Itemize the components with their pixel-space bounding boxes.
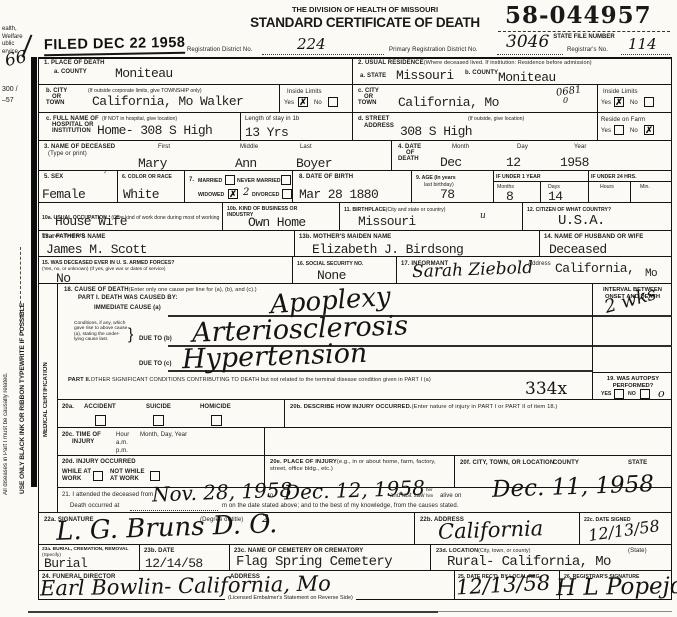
- father-label: 13a. FATHER'S NAME: [42, 234, 105, 241]
- city-value: California, Mo Walker: [92, 95, 243, 108]
- dotted-blank: [621, 54, 670, 55]
- autopsy-no-label: NO: [628, 391, 636, 397]
- institution-label-3: INSTITUTION: [52, 128, 91, 135]
- death-certificate-scan: ealth, Welfare ublic ervice 66 300 / –57…: [0, 0, 677, 617]
- division-title: THE DIVISION OF HEALTH OF MISSOURI: [200, 5, 530, 15]
- burial-label: 23a. BURIAL, CREMATION, REMOVAL: [42, 547, 128, 552]
- age-divider: [588, 171, 589, 203]
- left-black-bar: [31, 57, 37, 487]
- not-while-at-work-checkbox: [150, 471, 160, 481]
- registrar-signature-value: H L Popejoy: [556, 573, 677, 601]
- burial-date-value: 12/14/58: [145, 557, 203, 570]
- reside-on-farm-label: Reside on Farm: [601, 117, 645, 124]
- am-label: a.m.: [116, 440, 128, 447]
- dob-value: Mar 28 1880: [299, 188, 378, 201]
- death-occurred-label: Death occurred at: [70, 503, 119, 510]
- county-label: a. COUNTY: [54, 69, 87, 76]
- last-name-value: Boyer: [296, 157, 332, 170]
- age-subheader-line: [493, 181, 672, 182]
- birthplace-label-wrap: 11. BIRTHPLACE (City and state or countr…: [344, 207, 445, 213]
- street-value: 308 S High: [400, 125, 472, 138]
- primary-district-value: 3046: [506, 32, 549, 52]
- date-received-value: 12/13/58: [455, 571, 550, 600]
- margin-handwritten-code: 66: [3, 47, 28, 71]
- burial-date-label: 23b. DATE: [144, 548, 174, 555]
- residence-title-wrap: 2. USUAL RESIDENCE (Where deceased lived…: [358, 60, 664, 67]
- place-of-death-title: 1. PLACE OF DEATH: [44, 60, 105, 67]
- interval-line-b: [593, 345, 672, 347]
- middle-name-value: Ann: [235, 157, 257, 170]
- under-24-label: IF UNDER 24 HRS.: [591, 174, 637, 180]
- stub-line: ealth,: [2, 26, 34, 34]
- part1-label: PART I. DEATH WAS CAUSED BY:: [78, 295, 177, 302]
- conditions-note: Conditions, if any, which gave rise to a…: [74, 321, 130, 343]
- registrar-no-value: 114: [628, 35, 657, 53]
- while-at-work-checkbox: [93, 471, 103, 481]
- suicide-checkbox: [153, 415, 164, 426]
- cause-title-wrap: 18. CAUSE OF DEATH (Enter only one cause…: [64, 287, 257, 294]
- married-checkbox: [225, 175, 235, 185]
- location-state-paren: (State): [628, 548, 647, 555]
- reg-district-label: Registration District No.: [187, 47, 253, 54]
- filed-stamp: FILED DEC 22 1958: [44, 36, 186, 56]
- burial-value: Burial: [44, 557, 87, 570]
- autopsy-yes-checkbox: [614, 389, 624, 399]
- hour-label: Hour: [116, 432, 129, 439]
- her-label: her: [426, 488, 433, 493]
- cause-c-value: Hypertension: [182, 338, 368, 375]
- father-value: James M. Scott: [46, 243, 147, 256]
- street-label-2: ADDRESS: [364, 123, 394, 130]
- residence-title: 2. USUAL RESIDENCE: [358, 60, 424, 66]
- embalmer-note: (Licensed Embalmer's Statement on Revers…: [225, 595, 356, 601]
- widowed-checkbox: ✗: [228, 189, 238, 199]
- sex-label: 5. SEX: [44, 174, 63, 181]
- under-1-year-label: IF UNDER 1 YEAR: [496, 174, 541, 180]
- informant-address-label: Address: [528, 261, 551, 268]
- min-label: Min.: [640, 184, 650, 190]
- ssn-value: None: [317, 269, 346, 282]
- autopsy-mark: o: [658, 387, 665, 400]
- conditions-brace: }: [128, 326, 133, 344]
- form-header: THE DIVISION OF HEALTH OF MISSOURI STAND…: [200, 5, 530, 31]
- injury-county-label: COUNTY: [553, 460, 579, 467]
- months-value: 8: [506, 190, 513, 203]
- reg-district-value: 224: [297, 35, 326, 53]
- no-label: No: [630, 100, 638, 107]
- attended-to-value: Dec. 12, 1958: [284, 476, 426, 505]
- injury-state-label: STATE: [628, 460, 647, 467]
- autopsy-no-checkbox: [640, 389, 650, 399]
- yes-label: Yes: [601, 100, 611, 107]
- street-paren: (If outside, give location): [468, 116, 524, 122]
- injury-occurred-label: 20d. INJURY OCCURRED: [62, 459, 136, 466]
- first-label: First: [158, 144, 170, 151]
- months-days-divider: [540, 181, 541, 203]
- yes-label: Yes: [284, 100, 294, 107]
- work-label: WORK: [62, 476, 81, 483]
- birthplace-value: Missouri: [358, 215, 416, 228]
- dod-label-3: DEATH: [398, 156, 419, 163]
- institution-value: Home- 308 S High: [97, 124, 212, 137]
- inside-limits-no-checkbox: [328, 97, 338, 107]
- part2-text: OTHER SIGNIFICANT CONDITIONS CONTRIBUTIN…: [91, 377, 431, 383]
- hours-label: Hours: [600, 184, 614, 190]
- place-injury-wrap: 20e. PLACE OF INJURY (e.g., in or about …: [270, 459, 450, 473]
- due-to-b-label: DUE TO (b): [139, 336, 172, 343]
- part2-wrap: PART II. OTHER SIGNIFICANT CONDITIONS CO…: [68, 377, 431, 384]
- day-label: Day: [517, 144, 528, 151]
- not-while-label: NOT WHILE: [110, 469, 145, 476]
- at-work-label: AT WORK: [110, 476, 139, 483]
- state-label: a. STATE: [360, 73, 386, 80]
- signature-sup-mark: 2: [262, 512, 269, 525]
- divorced-label: DIVORCED: [252, 192, 279, 198]
- cell-marital-status: [185, 171, 293, 203]
- city-label-town: TOWN: [46, 100, 65, 107]
- while-at-label: WHILE AT: [62, 469, 91, 476]
- widowed-label: WIDOWED: [198, 192, 224, 198]
- res-inside-yes-checkbox: ✗: [614, 97, 624, 107]
- attended-to-label: to: [268, 493, 273, 500]
- physician-address-value: California: [438, 516, 544, 544]
- color-race-label: 6. COLOR OR RACE: [122, 174, 172, 180]
- black-ink-note-vertical: USE ONLY BLACK INK OR RIBBON TYPEWRITE I…: [19, 238, 26, 494]
- alive-on-label: alive on: [440, 493, 461, 500]
- part2-code: 334x: [525, 379, 567, 399]
- inside-limits-label: Inside Limits: [603, 89, 638, 96]
- state-value: Missouri: [396, 69, 454, 82]
- res-city-code-2: 0: [563, 96, 568, 105]
- first-name-value: Mary: [138, 157, 167, 170]
- registrar-no-label: Registrar's No.: [567, 47, 608, 54]
- state-file-number: 58-044957: [505, 3, 652, 29]
- res-inside-no-checkbox: [644, 97, 654, 107]
- pm-label: p.m.: [116, 448, 128, 455]
- marital-number: 7.: [189, 177, 194, 184]
- year-label: Year: [574, 144, 587, 151]
- never-married-checkbox: [281, 175, 291, 185]
- no-label: No: [314, 100, 322, 107]
- form-number: 300 /: [2, 86, 18, 93]
- cell-time-of-injury-blank: [265, 428, 672, 456]
- accident-checkbox: [95, 415, 106, 426]
- hours-min-divider: [630, 181, 631, 203]
- certificate-title: STANDARD CERTIFICATE OF DEATH: [200, 15, 530, 31]
- street-label-1: d. STREET: [358, 116, 390, 123]
- mother-value: Elizabeth J. Birdsong: [312, 243, 463, 256]
- part2-title: PART II.: [68, 377, 91, 383]
- age-label-1: 9. AGE (In years: [416, 175, 456, 181]
- birthplace-code-mark: u: [480, 211, 486, 221]
- time-injury-label-2: INJURY: [72, 439, 94, 446]
- injury-desc-wrap: 20b. DESCRIBE HOW INJURY OCCURRED. (Ente…: [290, 404, 557, 411]
- age-value: 78: [440, 188, 454, 201]
- inside-limits-label: Inside Limits: [287, 89, 322, 96]
- ssn-label: 16. SOCIAL SECURITY NO.: [297, 261, 363, 267]
- accident-label: ACCIDENT: [84, 404, 116, 411]
- informant-signature: Sarah Ziebold: [412, 258, 534, 282]
- cause-title: 18. CAUSE OF DEATH: [64, 287, 129, 293]
- spouse-value: Deceased: [549, 243, 607, 256]
- cell-date-of-death: [392, 141, 672, 171]
- days-value: 14: [548, 190, 562, 203]
- injury-desc-label: 20b. DESCRIBE HOW INJURY OCCURRED.: [290, 404, 412, 410]
- res-county-label: b. COUNTY: [465, 70, 498, 77]
- diseases-note-vertical: All diseases in Part I must be causally …: [3, 325, 9, 495]
- divorced-checkbox: [282, 189, 292, 199]
- place-injury-label: 20e. PLACE OF INJURY: [270, 459, 337, 465]
- homicide-label: HOMICIDE: [200, 404, 231, 411]
- injury-city-label: 20f. CITY, TOWN, OR LOCATION: [460, 460, 554, 467]
- medical-certification-vertical: MEDICAL CERTIFICATION: [43, 300, 49, 500]
- middle-label: Middle: [240, 144, 258, 151]
- county-value: Moniteau: [115, 67, 173, 80]
- institution-paren: (If NOT in hospital, give location): [102, 116, 177, 122]
- form-number-2: –57: [2, 97, 14, 104]
- citizen-value: U.S.A.: [558, 215, 605, 228]
- dob-label: 8. DATE OF BIRTH: [299, 174, 353, 181]
- marital-code-mark: 2: [243, 187, 249, 198]
- spouse-label: 14. NAME OF HUSBAND OR WIFE: [544, 234, 643, 241]
- manner-number: 20a.: [62, 404, 74, 411]
- never-married-label: NEVER MARRIED: [237, 178, 281, 184]
- res-city-town: TOWN: [358, 100, 377, 107]
- dotted-blank: [497, 54, 563, 55]
- color-race-value: White: [123, 188, 159, 201]
- primary-district-label: Primary Registration District No.: [389, 47, 478, 54]
- time-injury-label-1: 20c. TIME OF: [62, 432, 101, 439]
- dotted-blank: [262, 54, 384, 55]
- attended-pre: 21. I attended the deceased from: [62, 492, 153, 499]
- occupation-value: House Wife: [55, 215, 127, 228]
- scan-artifact-line-2: [438, 611, 672, 612]
- month-label: Month: [452, 144, 469, 151]
- res-county-value: Moniteau: [498, 71, 556, 84]
- no-label: No: [630, 128, 638, 135]
- suicide-label: SUICIDE: [146, 404, 171, 411]
- last-label: Last: [300, 144, 312, 151]
- month-day-year-label: Month, Day, Year: [140, 432, 187, 439]
- yes-label: Yes: [601, 128, 611, 135]
- homicide-checkbox: [211, 415, 222, 426]
- married-label: MARRIED: [198, 178, 222, 184]
- cause-paren: (Enter only one cause per line for (a), …: [129, 287, 257, 293]
- birthplace-label: 11. BIRTHPLACE: [344, 207, 386, 213]
- dod-month-value: Dec: [440, 156, 462, 169]
- res-city-value: California, Mo: [398, 96, 499, 109]
- sex-code-mark: ′: [104, 171, 106, 182]
- sex-value: Female: [42, 188, 85, 201]
- inside-limits-yes-checkbox: ✗: [298, 97, 308, 107]
- injury-desc-paren: (Enter nature of injury in PART I or PAR…: [412, 404, 558, 410]
- last-saw-label: and last saw: [390, 493, 425, 500]
- dod-day-value: 12: [506, 156, 520, 169]
- business-value: Own Home: [248, 216, 306, 229]
- armed-forces-label: 15. WAS DECEASED EVER IN U. S. ARMED FOR…: [42, 260, 174, 266]
- age-divider: [493, 171, 494, 203]
- farm-no-checkbox: ✗: [644, 125, 654, 135]
- birthplace-paren: (City and state or country): [386, 207, 446, 213]
- length-of-stay-label: Length of stay in 1b: [245, 116, 299, 123]
- dod-year-value: 1958: [560, 156, 589, 169]
- cemetery-value: Flag Spring Cemetery: [236, 556, 392, 569]
- length-of-stay-value: 13 Yrs: [245, 126, 288, 139]
- name-paren: (Type or print): [48, 151, 87, 158]
- autopsy-yes-label: YES: [601, 391, 611, 397]
- mother-label: 13b. MOTHER'S MAIDEN NAME: [299, 234, 391, 241]
- location-value: Rural- California, Mo: [447, 556, 611, 569]
- him-label: him: [426, 494, 433, 499]
- scan-artifact-line: [28, 611, 438, 613]
- immediate-cause-label: IMMEDIATE CAUSE (a): [94, 305, 161, 312]
- informant-address-value: California,: [555, 262, 634, 275]
- residence-title-paren: (Where deceased lived. If institution: R…: [424, 60, 592, 66]
- informant-address-value-2: Mo: [645, 268, 657, 281]
- name-title: 3. NAME OF DECEASED: [44, 144, 115, 151]
- due-to-c-label: DUE TO (c): [139, 361, 172, 368]
- interval-line-a: [593, 315, 672, 317]
- farm-yes-checkbox: [614, 125, 624, 135]
